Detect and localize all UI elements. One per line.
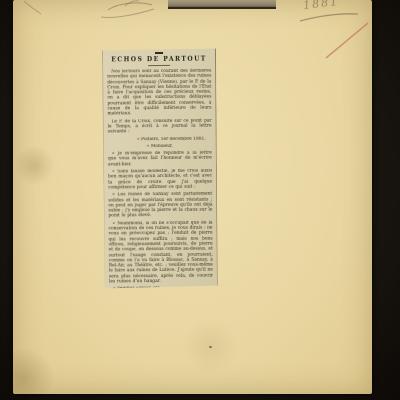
clipping-body: Nos lecteurs sont au courant des dernièr…	[107, 69, 213, 302]
paragraph: « Néanmoins, si on ne s'occupait que de …	[108, 220, 213, 284]
ink-speck	[209, 346, 212, 348]
letter-dateline: « Poitiers, 1er décembre 1881.	[108, 136, 212, 142]
paragraph: Nos lecteurs sont au courant des dernièr…	[107, 69, 211, 118]
paragraph: « Je m'empresse de répondre à la lettre …	[108, 151, 212, 168]
paragraph: « Sans fausse modestie, je me crois auss…	[108, 169, 212, 191]
divider-rule	[148, 65, 170, 66]
clipping-title: ECHOS DE PARTOUT	[107, 56, 211, 64]
paragraph: « Les ruines de Sanxay sont parfaitement…	[108, 192, 212, 219]
header-ornament	[155, 52, 163, 54]
paragraph: Le P. de la Croix, consulté sur ce point…	[108, 118, 212, 135]
letter-salutation: « Monsieur,	[108, 143, 212, 149]
adjacent-clipping-edge	[168, 0, 276, 9]
newspaper-clipping: ECHOS DE PARTOUT Nos lecteurs sont au co…	[102, 49, 218, 289]
